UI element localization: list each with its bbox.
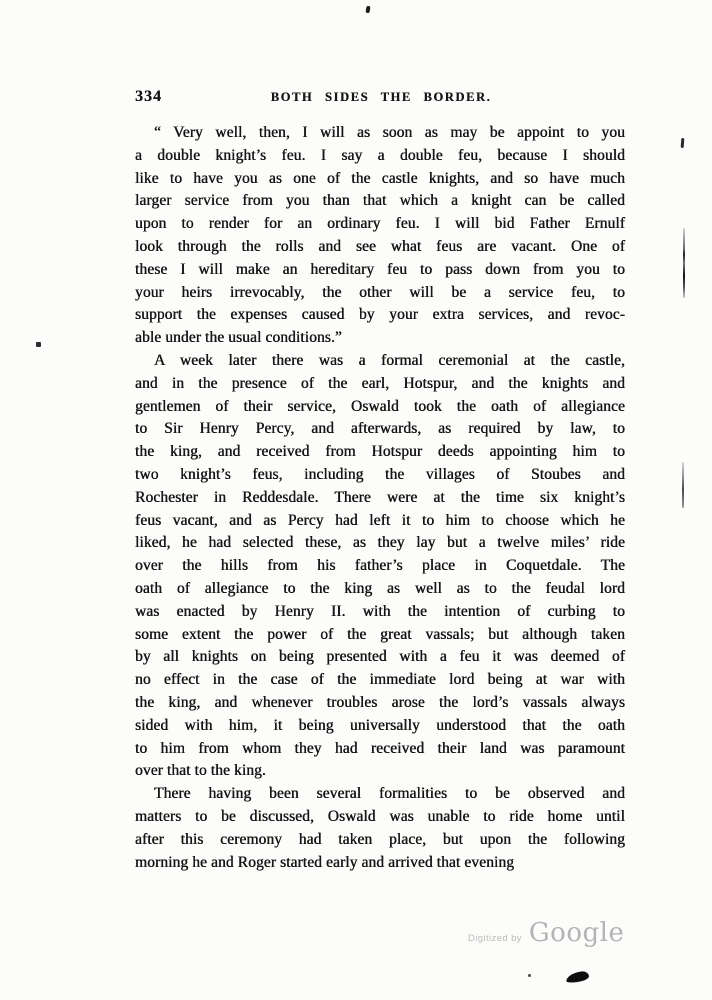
text-line: to Sir Henry Percy, and afterwards, as r… [135, 418, 625, 441]
text-line: the king, and whenever troubles arose th… [135, 692, 625, 715]
scan-edge-line-upper [683, 228, 685, 298]
text-line: your heirs irrevocably, the other will b… [135, 282, 625, 305]
text-line: over that to the king. [135, 760, 625, 783]
body-text-block: “ Very well, then, I will as soon as may… [135, 122, 625, 874]
google-logo: Google [529, 918, 624, 948]
ink-blot-bottom [565, 971, 589, 984]
text-line: larger service from you than that which … [135, 190, 625, 213]
text-line: sided with him, it being universally und… [135, 715, 625, 738]
text-line: the king, and received from Hotspur deed… [135, 441, 625, 464]
book-page-scan: 334 BOTH SIDES THE BORDER. “ Very well, … [0, 0, 712, 1000]
google-watermark: Digitized by Google [468, 918, 648, 956]
text-line: “ Very well, then, I will as soon as may… [135, 122, 625, 145]
text-line: by all knights on being presented with a… [135, 646, 625, 669]
text-line: A week later there was a formal ceremoni… [135, 350, 625, 373]
text-line: some extent the power of the great vassa… [135, 624, 625, 647]
ink-mark-right-tick [681, 138, 685, 148]
text-line: a double knight’s feu. I say a double fe… [135, 145, 625, 168]
text-line: support the expenses caused by your extr… [135, 304, 625, 327]
watermark-prefix-label: Digitized by [468, 933, 522, 944]
ink-dot-left-margin [36, 342, 41, 347]
text-line: There having been several formalities to… [135, 783, 625, 806]
text-line: Rochester in Reddesdale. There were at t… [135, 487, 625, 510]
running-header: BOTH SIDES THE BORDER. [135, 90, 627, 105]
text-line: upon to render for an ordinary feu. I wi… [135, 213, 625, 236]
text-line: over the hills from his father’s place i… [135, 555, 625, 578]
text-line: feus vacant, and as Percy had left it to… [135, 510, 625, 533]
text-line: to him from whom they had received their… [135, 738, 625, 761]
scan-edge-line-lower [682, 462, 684, 508]
text-line: liked, he had selected these, as they la… [135, 532, 625, 555]
text-line: was enacted by Henry II. with the intent… [135, 601, 625, 624]
text-line: no effect in the case of the immediate l… [135, 669, 625, 692]
ink-speck-top [365, 6, 370, 14]
text-line: after this ceremony had taken place, but… [135, 829, 625, 852]
text-line: and in the presence of the earl, Hotspur… [135, 373, 625, 396]
text-line: matters to be discussed, Oswald was unab… [135, 806, 625, 829]
running-head-row: 334 BOTH SIDES THE BORDER. [135, 88, 627, 106]
text-line: like to have you as one of the castle kn… [135, 168, 625, 191]
text-line: oath of allegiance to the king as well a… [135, 578, 625, 601]
text-line: morning he and Roger started early and a… [135, 852, 625, 875]
text-line: able under the usual conditions.” [135, 327, 625, 350]
text-line: gentlemen of their service, Oswald took … [135, 396, 625, 419]
text-line: two knight’s feus, including the village… [135, 464, 625, 487]
text-line: these I will make an hereditary feu to p… [135, 259, 625, 282]
ink-dot-bottom [528, 974, 531, 977]
text-line: look through the rolls and see what feus… [135, 236, 625, 259]
